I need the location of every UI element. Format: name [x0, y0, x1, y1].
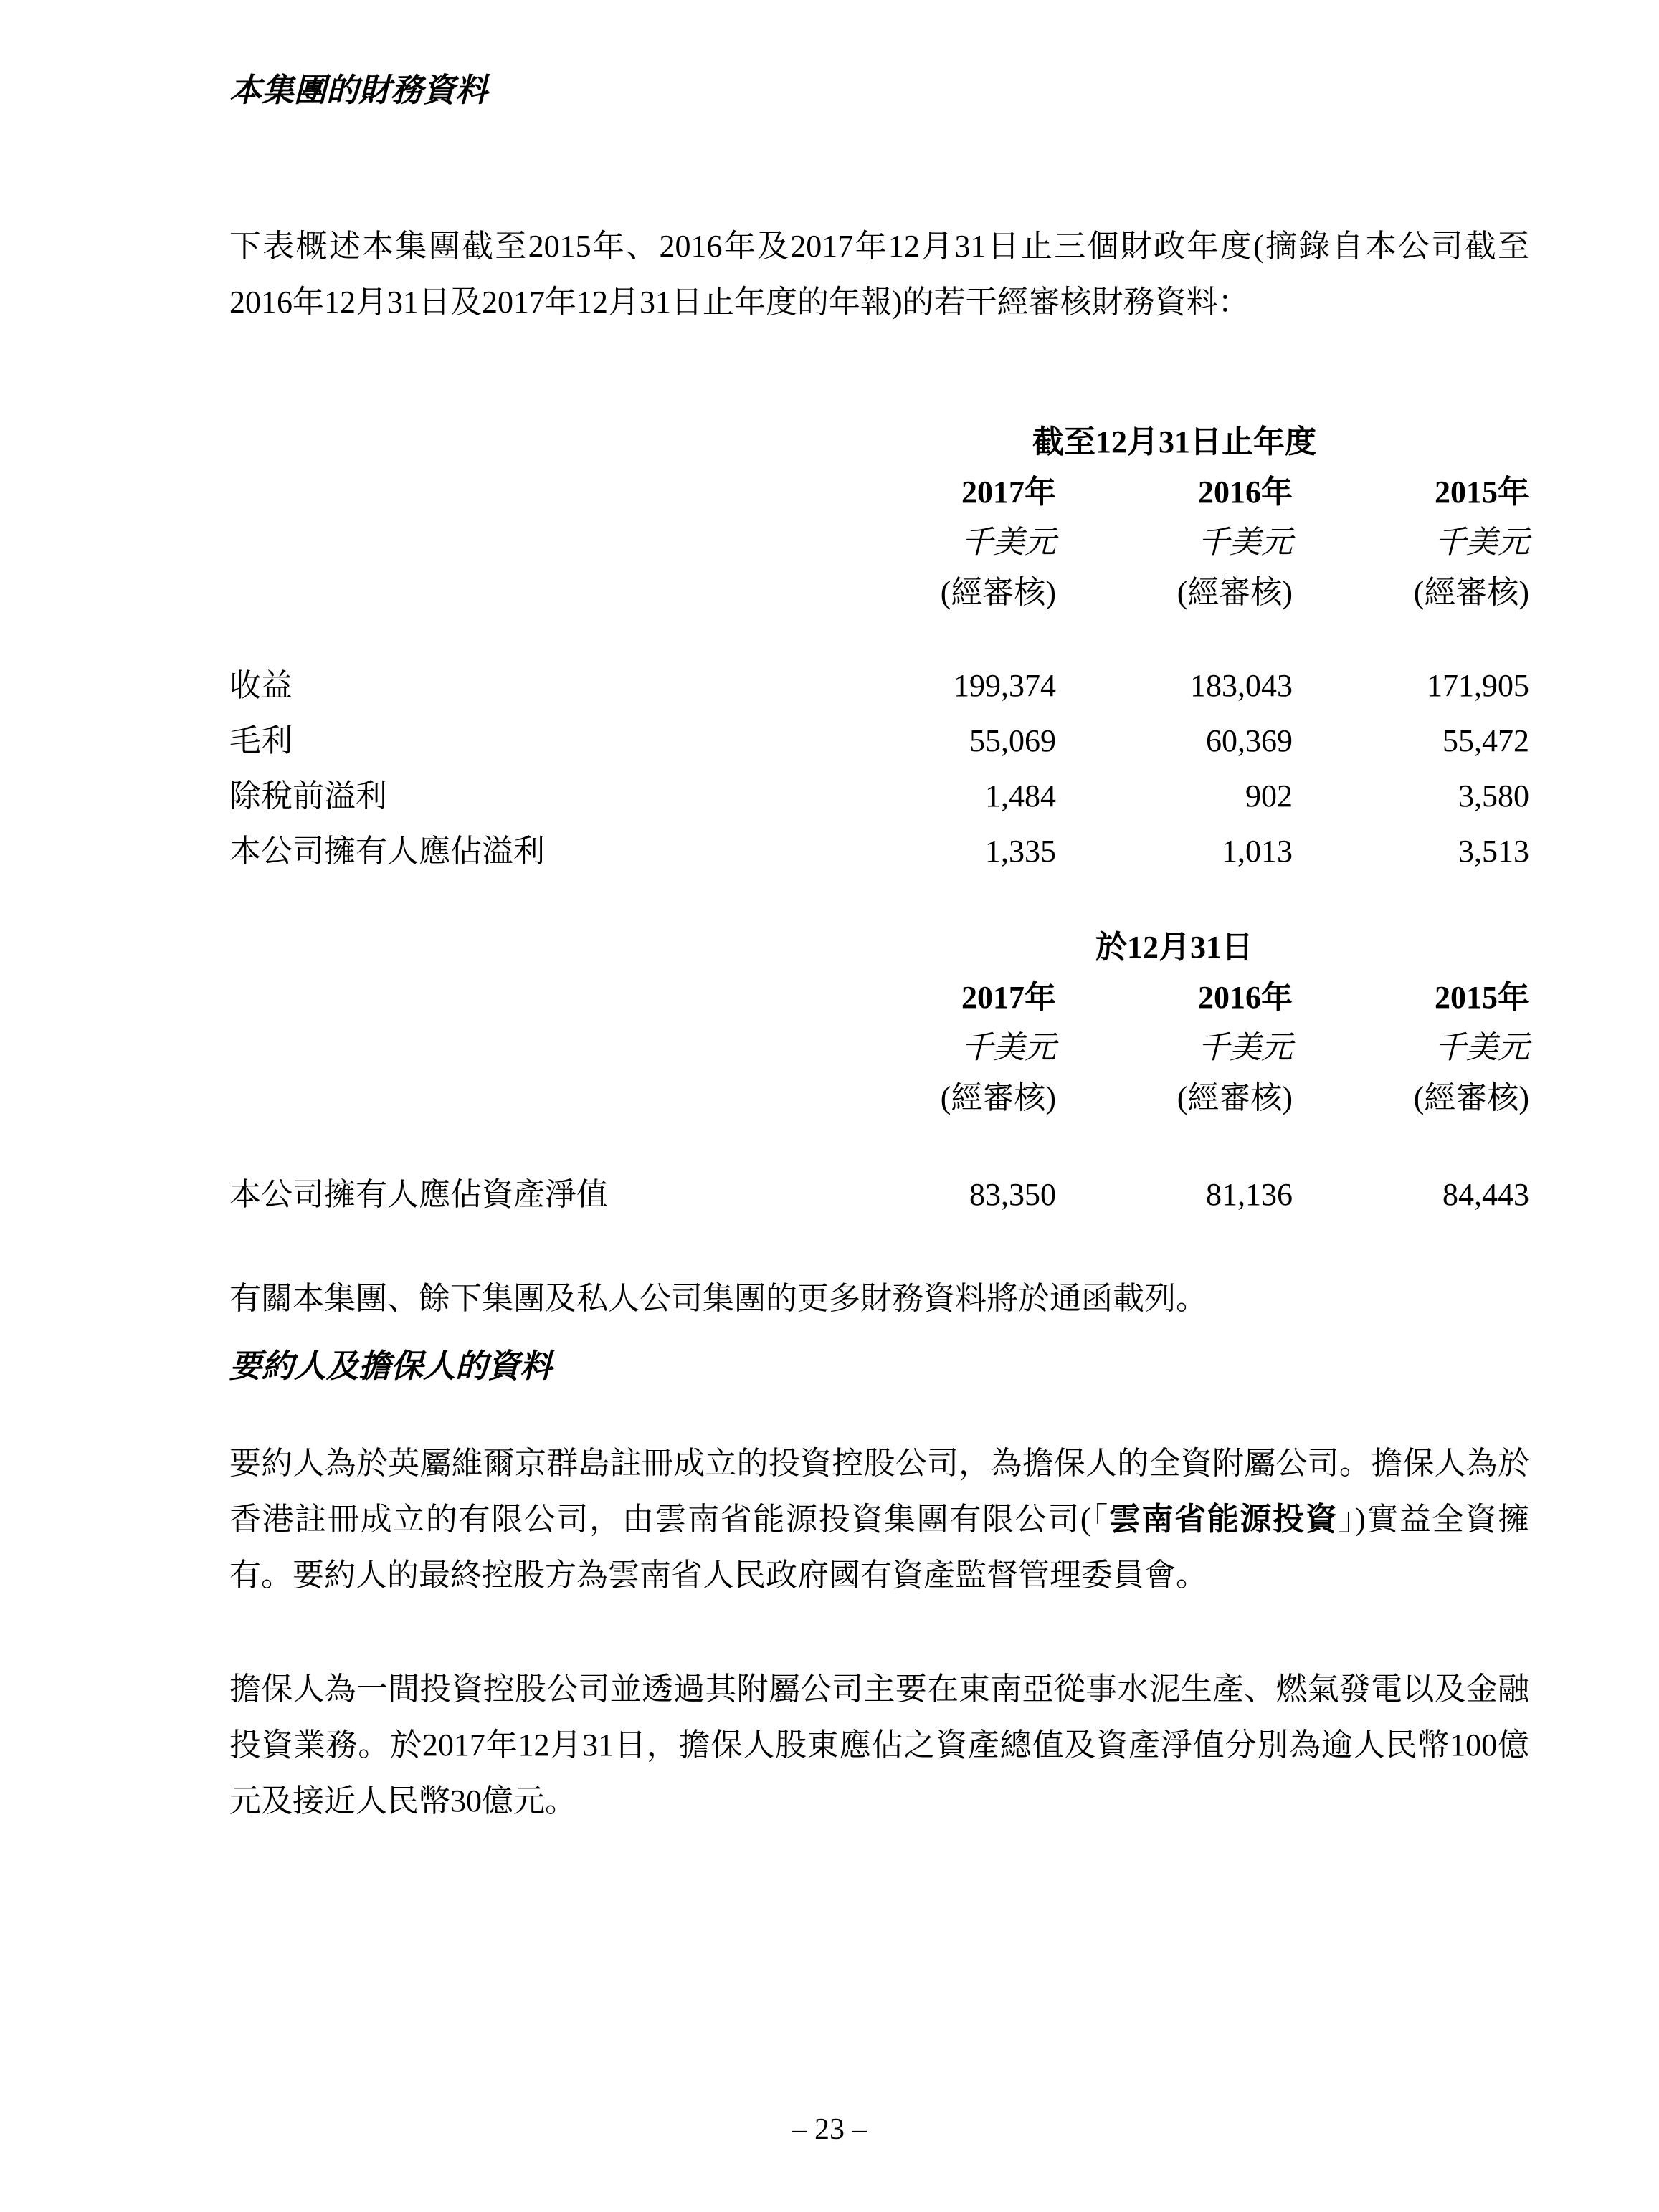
value-2016: 81,136	[1056, 1167, 1293, 1222]
row-label: 收益	[229, 658, 819, 713]
intro-paragraph: 下表概述本集團截至2015年、2016年及2017年12月31日止三個財政年度(…	[229, 219, 1529, 330]
row-label: 本公司擁有人應佔資產淨值	[229, 1167, 819, 1222]
audited-cell: (經審核)	[1056, 568, 1293, 618]
audited-cell: (經審核)	[819, 568, 1056, 618]
value-2016: 902	[1056, 768, 1293, 824]
audited-cell: (經審核)	[1293, 568, 1529, 618]
span-header-as-of-date: 於12月31日	[819, 923, 1529, 973]
value-2015: 3,513	[1293, 824, 1529, 879]
section-heading-group-financial-info: 本集團的財務資料	[229, 71, 1529, 110]
value-2017: 1,484	[819, 768, 1056, 824]
value-2017: 1,335	[819, 824, 1056, 879]
empty-cell	[229, 1023, 819, 1073]
row-label: 毛利	[229, 713, 819, 768]
annual-table-body: 收益 199,374 183,043 171,905 毛利 55,069 60,…	[229, 658, 1529, 879]
offeror-paragraph: 要約人為於英屬維爾京群島註冊成立的投資控股公司，為擔保人的全資附屬公司。擔保人為…	[229, 1436, 1529, 1603]
document-page: 本集團的財務資料 下表概述本集團截至2015年、2016年及2017年12月31…	[0, 0, 1659, 2212]
unit-cell: 千美元	[819, 518, 1056, 568]
year-header-2015: 2015年	[1293, 467, 1529, 518]
value-2016: 1,013	[1056, 824, 1293, 879]
value-2017: 199,374	[819, 658, 1056, 713]
unit-cell: 千美元	[1293, 1023, 1529, 1073]
empty-cell	[229, 417, 819, 467]
row-label: 本公司擁有人應佔溢利	[229, 824, 819, 879]
year-header-2016: 2016年	[1056, 973, 1293, 1023]
audited-cell: (經審核)	[1293, 1073, 1529, 1123]
unit-row: 千美元 千美元 千美元	[229, 1023, 1529, 1073]
year-header-2016: 2016年	[1056, 467, 1293, 518]
empty-cell	[229, 467, 819, 518]
year-header-2017: 2017年	[819, 973, 1056, 1023]
span-header-year-ended: 截至12月31日止年度	[819, 417, 1529, 467]
table-row-gross-profit: 毛利 55,069 60,369 55,472	[229, 713, 1529, 768]
empty-cell	[229, 923, 819, 973]
audited-row: (經審核) (經審核) (經審核)	[229, 1073, 1529, 1123]
value-2016: 60,369	[1056, 713, 1293, 768]
audited-row: (經審核) (經審核) (經審核)	[229, 568, 1529, 618]
unit-row: 千美元 千美元 千美元	[229, 518, 1529, 568]
table-row-revenue: 收益 199,374 183,043 171,905	[229, 658, 1529, 713]
year-header-2015: 2015年	[1293, 973, 1529, 1023]
unit-cell: 千美元	[1293, 518, 1529, 568]
value-2017: 55,069	[819, 713, 1056, 768]
guarantor-paragraph: 擔保人為一間投資控股公司並透過其附屬公司主要在東南亞從事水泥生產、燃氣發電以及金…	[229, 1662, 1529, 1829]
empty-cell	[229, 1073, 819, 1123]
row-label: 除稅前溢利	[229, 768, 819, 824]
year-header-row: 2017年 2016年 2015年	[229, 973, 1529, 1023]
annual-table-header: 截至12月31日止年度 2017年 2016年 2015年 千美元 千美元 千美…	[229, 417, 1529, 618]
value-2015: 171,905	[1293, 658, 1529, 713]
table-row-profit-attributable-owners: 本公司擁有人應佔溢利 1,335 1,013 3,513	[229, 824, 1529, 879]
note-paragraph: 有關本集團、餘下集團及私人公司集團的更多財務資料將於通函載列。	[229, 1271, 1529, 1327]
value-2015: 84,443	[1293, 1167, 1529, 1222]
page-content: 本集團的財務資料 下表概述本集團截至2015年、2016年及2017年12月31…	[229, 0, 1529, 2212]
value-2017: 83,350	[819, 1167, 1056, 1222]
asof-table-body: 本公司擁有人應佔資產淨值 83,350 81,136 84,443	[229, 1167, 1529, 1222]
table-row-net-asset-value: 本公司擁有人應佔資產淨值 83,350 81,136 84,443	[229, 1167, 1529, 1222]
empty-cell	[229, 973, 819, 1023]
section-heading-offeror-guarantor-info: 要約人及擔保人的資料	[229, 1347, 1529, 1386]
empty-cell	[229, 518, 819, 568]
offeror-paragraph-defined-term: 雲南省能源投資	[1109, 1502, 1339, 1537]
empty-cell	[229, 568, 819, 618]
span-header-row: 截至12月31日止年度	[229, 417, 1529, 467]
year-header-row: 2017年 2016年 2015年	[229, 467, 1529, 518]
audited-cell: (經審核)	[1056, 1073, 1293, 1123]
value-2015: 55,472	[1293, 713, 1529, 768]
page-number: – 23 –	[0, 2112, 1659, 2147]
unit-cell: 千美元	[1056, 1023, 1293, 1073]
asof-table-header: 於12月31日 2017年 2016年 2015年 千美元 千美元 千美元 (經…	[229, 923, 1529, 1123]
value-2015: 3,580	[1293, 768, 1529, 824]
unit-cell: 千美元	[1056, 518, 1293, 568]
audited-cell: (經審核)	[819, 1073, 1056, 1123]
unit-cell: 千美元	[819, 1023, 1056, 1073]
value-2016: 183,043	[1056, 658, 1293, 713]
year-header-2017: 2017年	[819, 467, 1056, 518]
table-row-profit-before-tax: 除稅前溢利 1,484 902 3,580	[229, 768, 1529, 824]
span-header-row: 於12月31日	[229, 923, 1529, 973]
